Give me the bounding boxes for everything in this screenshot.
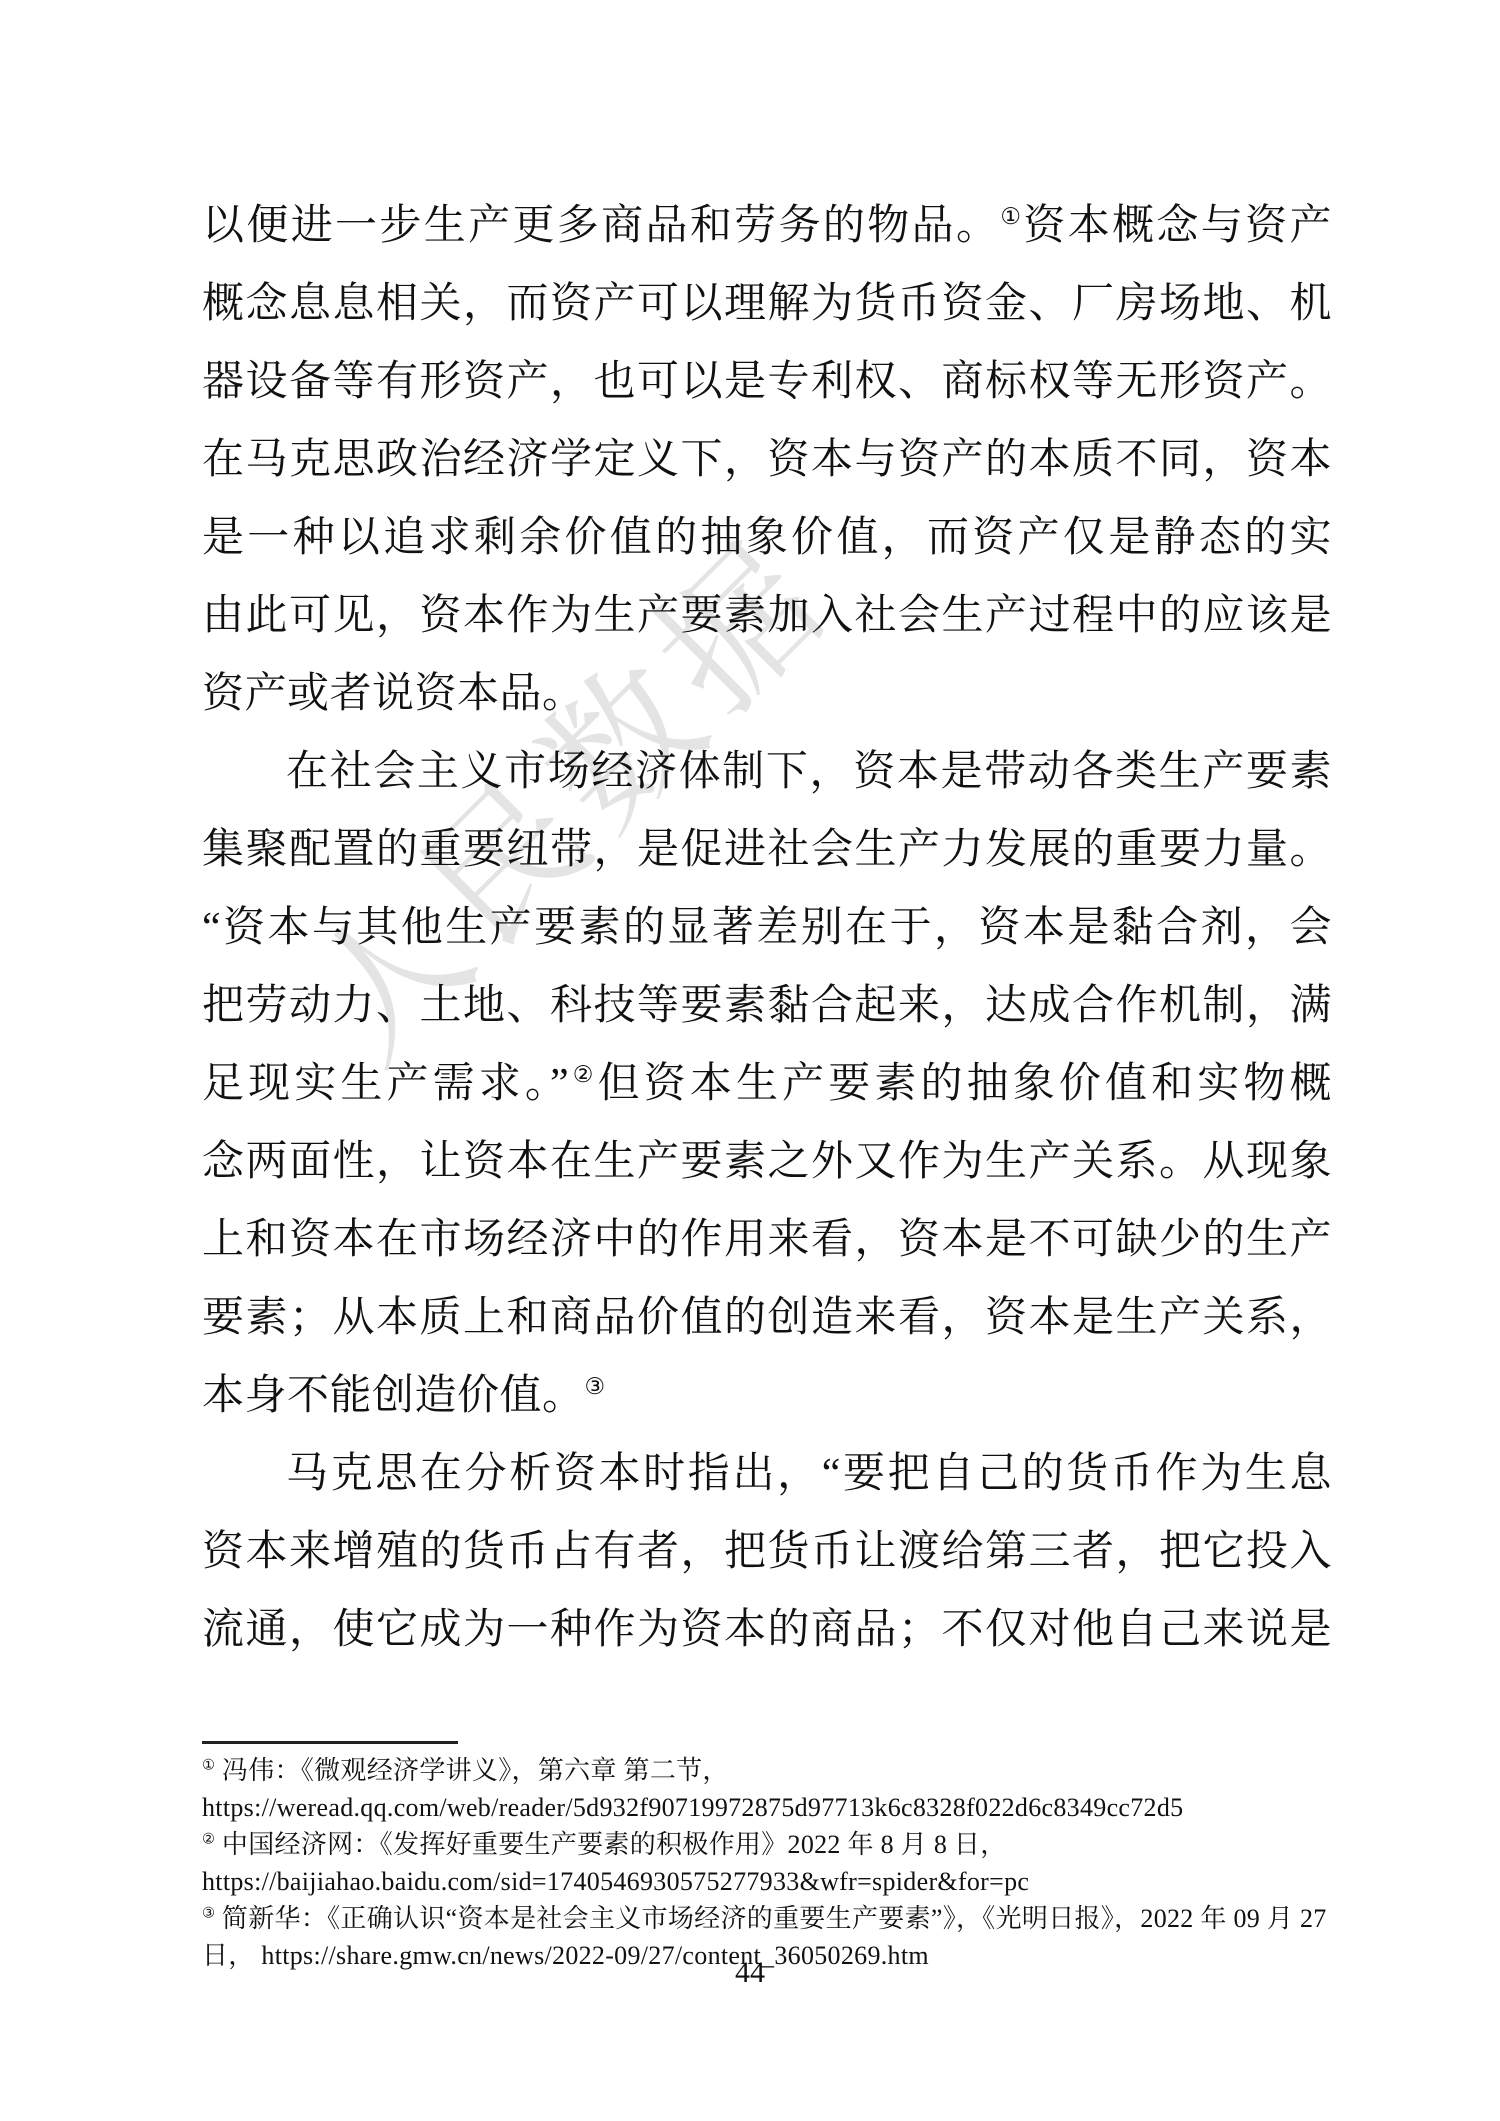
footnote-line: ③ 简新华：《正确认识“资本是社会主义市场经济的重要生产要素”》，《光明日报》，…	[202, 1900, 1352, 1937]
body-line: 以便进一步生产更多商品和劳务的物品。①资本概念与资产	[202, 187, 1332, 265]
body-line: 念两面性，让资本在生产要素之外又作为生产关系。从现象	[202, 1123, 1332, 1201]
page-number: 44	[0, 1956, 1500, 1990]
body-line: 资本来增殖的货币占有者，把货币让渡给第三者，把它投入	[202, 1513, 1332, 1591]
body-line: 马克思在分析资本时指出，“要把自己的货币作为生息	[202, 1435, 1332, 1513]
body-line: “资本与其他生产要素的显著差别在于，资本是黏合剂，会	[202, 889, 1332, 967]
body-line: 上和资本在市场经济中的作用来看，资本是不可缺少的生产	[202, 1201, 1332, 1279]
footnote-line: ① 冯伟：《微观经济学讲义》，第六章 第二节，	[202, 1752, 1352, 1789]
body-line: 要素；从本质上和商品价值的创造来看，资本是生产关系，	[202, 1279, 1332, 1357]
body-line: 资产或者说资本品。	[202, 655, 1332, 733]
body-line: 由此可见，资本作为生产要素加入社会生产过程中的应该是	[202, 577, 1332, 655]
footnote-url: https://weread.qq.com/web/reader/5d932f9…	[202, 1789, 1352, 1826]
body-line: 概念息息相关，而资产可以理解为货币资金、厂房场地、机	[202, 265, 1332, 343]
footnote-line: ② 中国经济网：《发挥好重要生产要素的积极作用》2022 年 8 月 8 日，	[202, 1826, 1352, 1863]
body-line: 流通，使它成为一种作为资本的商品；不仅对他自己来说是	[202, 1591, 1332, 1669]
document-page: 人民数据 以便进一步生产更多商品和劳务的物品。①资本概念与资产 概念息息相关，而…	[0, 0, 1500, 2121]
body-line: 在社会主义市场经济体制下，资本是带动各类生产要素	[202, 733, 1332, 811]
body-text-block: 以便进一步生产更多商品和劳务的物品。①资本概念与资产 概念息息相关，而资产可以理…	[202, 187, 1332, 1669]
body-line: 足现实生产需求。”②但资本生产要素的抽象价值和实物概	[202, 1045, 1332, 1123]
footnote-url: https://baijiahao.baidu.com/sid=17405469…	[202, 1863, 1352, 1900]
footnote-separator	[202, 1741, 458, 1744]
body-line: 在马克思政治经济学定义下，资本与资产的本质不同，资本	[202, 421, 1332, 499]
body-line: 本身不能创造价值。③	[202, 1357, 1332, 1435]
footnotes-section: ① 冯伟：《微观经济学讲义》，第六章 第二节， https://weread.q…	[202, 1741, 1352, 1974]
body-line: 把劳动力、土地、科技等要素黏合起来，达成合作机制，满	[202, 967, 1332, 1045]
body-line: 是一种以追求剩余价值的抽象价值，而资产仅是静态的实物。	[202, 499, 1332, 577]
body-line: 器设备等有形资产，也可以是专利权、商标权等无形资产。	[202, 343, 1332, 421]
body-line: 集聚配置的重要纽带，是促进社会生产力发展的重要力量。	[202, 811, 1332, 889]
